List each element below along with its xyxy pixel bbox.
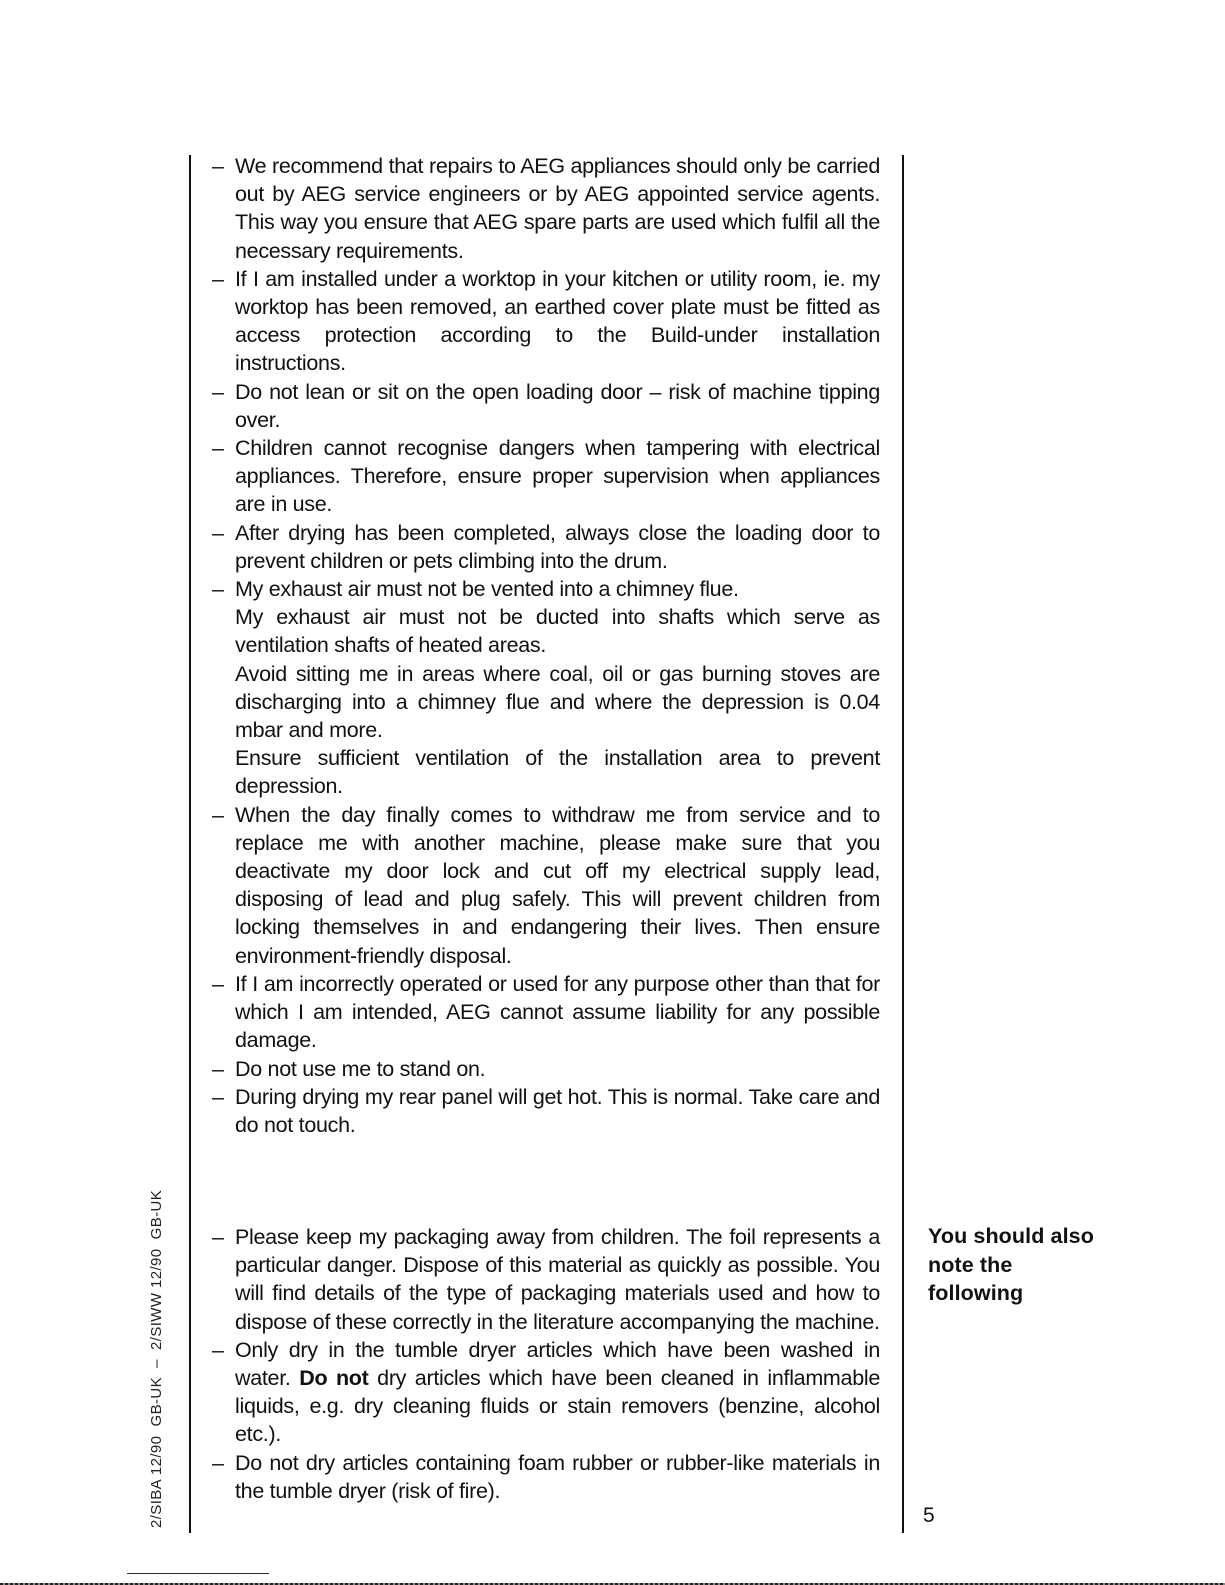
list-item-washed-in-water: – Only dry in the tumble dryer articles …	[212, 1336, 880, 1449]
safety-list-bottom: – Please keep my packaging away from chi…	[212, 1223, 880, 1505]
list-item-stand: – Do not use me to stand on.	[212, 1055, 880, 1083]
dash-bullet: –	[212, 575, 224, 603]
dash-bullet: –	[212, 519, 224, 547]
item-text: Children cannot recognise dangers when t…	[235, 436, 880, 516]
list-item-close-door: – After drying has been completed, alway…	[212, 519, 880, 575]
item-text: Please keep my packaging away from child…	[235, 1225, 880, 1334]
list-item-rear-panel: – During drying my rear panel will get h…	[212, 1083, 880, 1139]
side-heading-line: following	[928, 1279, 1148, 1308]
list-item-foam-rubber: – Do not dry articles containing foam ru…	[212, 1449, 880, 1505]
list-item-children: – Children cannot recognise dangers when…	[212, 434, 880, 519]
list-item-exhaust-air: – My exhaust air must not be vented into…	[212, 575, 880, 603]
dash-bullet: –	[212, 434, 224, 462]
exhaust-paragraph-shafts: My exhaust air must not be ducted into s…	[212, 603, 880, 659]
side-heading-line: You should also	[928, 1222, 1148, 1251]
safety-list-top: – We recommend that repairs to AEG appli…	[212, 152, 880, 1139]
item-text: My exhaust air must not be vented into a…	[235, 577, 739, 601]
document-code: 2/SIBA 12/90 GB-UK – 2/SIWW 12/90 GB-UK	[148, 1190, 165, 1528]
exhaust-paragraph-stoves: Avoid sitting me in areas where coal, oi…	[212, 660, 880, 745]
exhaust-paragraph-ventilation: Ensure sufficient ventilation of the ins…	[212, 744, 880, 800]
item-text: Do not dry articles containing foam rubb…	[235, 1451, 880, 1503]
item-text-bold: Do not	[299, 1366, 368, 1390]
item-text: Do not lean or sit on the open loading d…	[235, 380, 880, 432]
dash-bullet: –	[212, 1336, 224, 1364]
page-number: 5	[923, 1504, 935, 1528]
dash-bullet: –	[212, 1223, 224, 1251]
left-margin-rule	[189, 155, 191, 1533]
dash-bullet: –	[212, 970, 224, 998]
link-underline	[127, 1573, 269, 1574]
dash-bullet: –	[212, 1449, 224, 1477]
item-text: When the day finally comes to withdraw m…	[235, 803, 880, 968]
side-heading: You should also note the following	[928, 1222, 1148, 1308]
dash-bullet: –	[212, 801, 224, 829]
list-item-worktop: – If I am installed under a worktop in y…	[212, 265, 880, 378]
item-text: During drying my rear panel will get hot…	[235, 1085, 880, 1137]
side-heading-line: note the	[928, 1251, 1148, 1280]
dash-bullet: –	[212, 378, 224, 406]
item-text: If I am incorrectly operated or used for…	[235, 972, 880, 1052]
list-item-loading-door: – Do not lean or sit on the open loading…	[212, 378, 880, 434]
list-item-repairs: – We recommend that repairs to AEG appli…	[212, 152, 880, 265]
item-text: If I am installed under a worktop in you…	[235, 267, 880, 376]
dash-bullet: –	[212, 265, 224, 293]
item-text: Do not use me to stand on.	[235, 1057, 485, 1081]
item-text: We recommend that repairs to AEG applian…	[235, 154, 880, 263]
list-item-liability: – If I am incorrectly operated or used f…	[212, 970, 880, 1055]
list-item-disposal: – When the day finally comes to withdraw…	[212, 801, 880, 970]
right-margin-rule	[902, 155, 904, 1533]
list-item-packaging: – Please keep my packaging away from chi…	[212, 1223, 880, 1336]
item-text: After drying has been completed, always …	[235, 521, 880, 573]
dash-bullet: –	[212, 1083, 224, 1111]
dash-bullet: –	[212, 152, 224, 180]
dash-bullet: –	[212, 1055, 224, 1083]
